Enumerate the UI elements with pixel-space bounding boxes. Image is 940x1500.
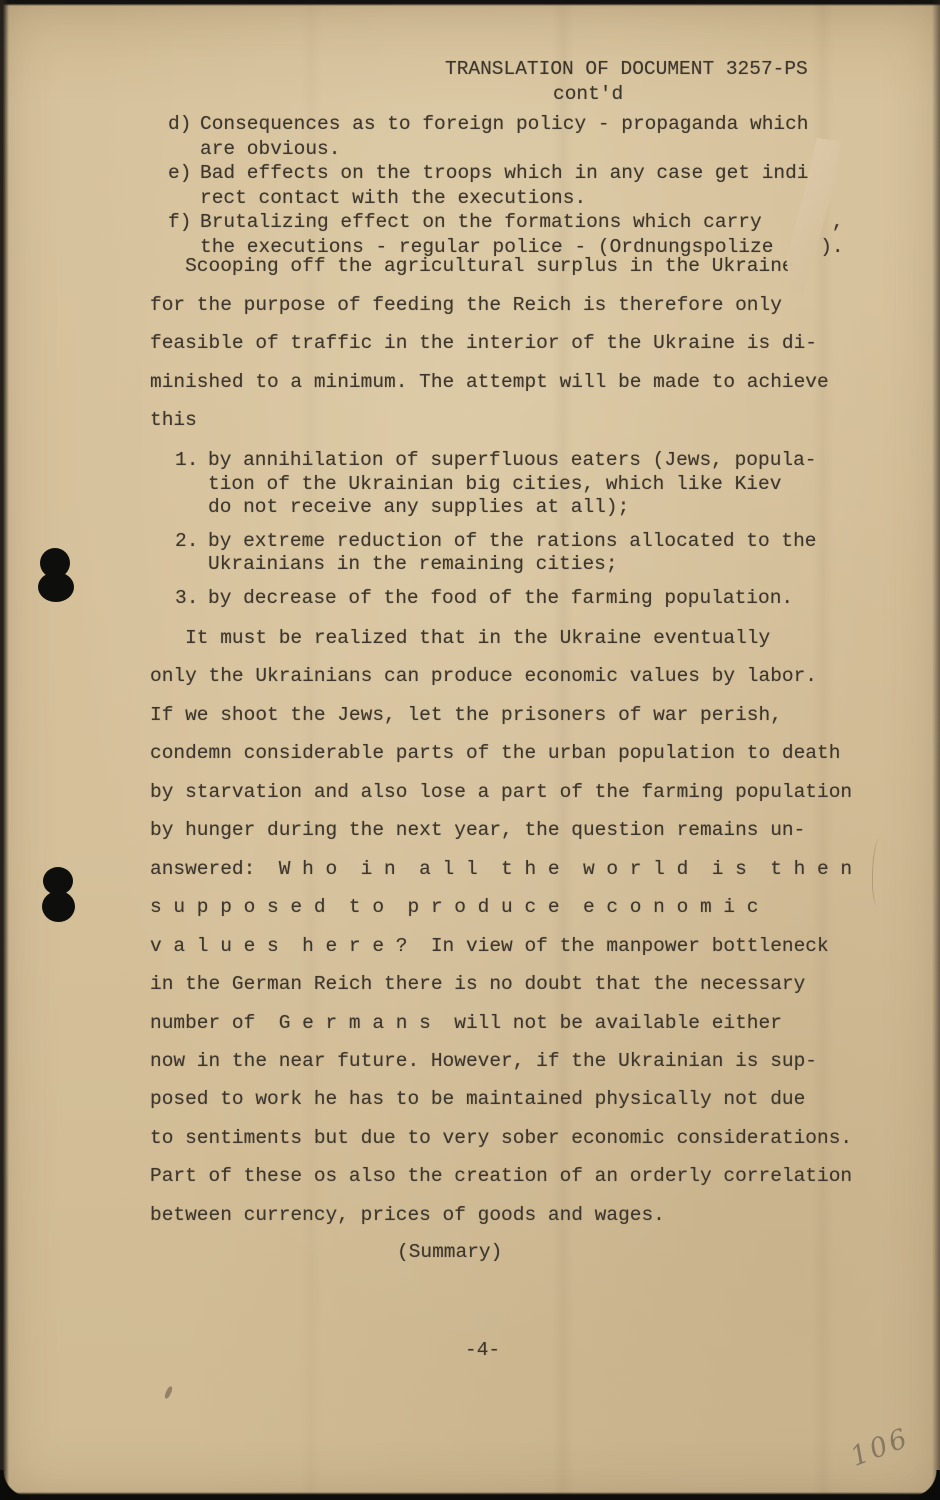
hole-punch-top	[38, 548, 76, 604]
list-item: e)Bad effects on the troops which in any…	[168, 161, 844, 210]
document-page: TRANSLATION OF DOCUMENT 3257-PS cont'd d…	[0, 0, 940, 1500]
page-number: -4-	[465, 1339, 500, 1361]
text-line: rect contact with the executions.	[200, 186, 809, 211]
text-line: number of G e r m a n s will not be avai…	[150, 1004, 852, 1042]
scan-corner-bottom-left	[0, 1470, 30, 1500]
text-line: v a l u e s h e r e ? In view of the man…	[150, 927, 852, 965]
pencil-mark	[871, 838, 886, 906]
text-line: now in the near future. However, if the …	[150, 1042, 852, 1080]
list-item: d)Consequences as to foreign policy - pr…	[168, 112, 844, 161]
text-line: feasible of traffic in the interior of t…	[150, 324, 829, 363]
list-item-label: e)	[168, 161, 200, 210]
text-line: Brutalizing effect on the formations whi…	[200, 210, 844, 235]
text-line: by decrease of the food of the farming p…	[208, 587, 793, 611]
list-item-label: d)	[168, 112, 200, 161]
hole-punch-circle	[42, 891, 75, 922]
text-line: Consequences as to foreign policy - prop…	[200, 112, 809, 137]
text-line: Part of these os also the creation of an…	[150, 1157, 852, 1195]
body-paragraph: It must be realized that in the Ukraine …	[150, 619, 852, 1234]
header-contd: cont'd	[553, 82, 808, 107]
handwritten-page-number: 106	[846, 1422, 914, 1473]
scan-edge-bottom	[0, 1492, 940, 1500]
list-item-lines: by decrease of the food of the farming p…	[208, 587, 793, 611]
text-line: Scooping off the agricultural surplus in…	[150, 247, 829, 286]
text-line: Bad effects on the troops which in any c…	[200, 161, 809, 186]
document-header: TRANSLATION OF DOCUMENT 3257-PS cont'd	[445, 57, 808, 107]
text-line: s u p p o s e d t o p r o d u c e e c o …	[150, 888, 852, 926]
text-line: only the Ukrainians can produce economic…	[150, 657, 852, 695]
text-line: this	[150, 401, 829, 440]
text-line: tion of the Ukrainian big cities, which …	[208, 473, 817, 497]
alpha-list: d)Consequences as to foreign policy - pr…	[168, 112, 844, 260]
text-line: for the purpose of feeding the Reich is …	[150, 286, 829, 325]
text-line: by annihilation of superfluous eaters (J…	[208, 449, 817, 473]
list-item-lines: Bad effects on the troops which in any c…	[200, 161, 809, 210]
list-item-lines: Consequences as to foreign policy - prop…	[200, 112, 809, 161]
scan-corner-bottom-right	[910, 1470, 940, 1500]
text-line: are obvious.	[200, 137, 809, 162]
list-item-label: 1.	[175, 449, 208, 520]
ink-smudge	[164, 1386, 174, 1400]
text-line: posed to work he has to be maintained ph…	[150, 1080, 852, 1118]
text-line: by extreme reduction of the rations allo…	[208, 530, 817, 554]
intro-paragraph: Scooping off the agricultural surplus in…	[150, 247, 829, 440]
text-line: It must be realized that in the Ukraine …	[150, 619, 852, 657]
list-item-label: 2.	[175, 530, 208, 577]
scan-edge-right	[932, 0, 940, 1500]
text-line: If we shoot the Jews, let the prisoners …	[150, 696, 852, 734]
text-line: do not receive any supplies at all);	[208, 496, 817, 520]
text-line: by starvation and also lose a part of th…	[150, 773, 852, 811]
hole-punch-bottom	[42, 867, 76, 923]
list-item: 2.by extreme reduction of the rations al…	[175, 530, 817, 577]
numbered-list: 1.by annihilation of superfluous eaters …	[175, 449, 817, 620]
scan-edge-top	[0, 0, 940, 6]
text-line: Ukrainians in the remaining cities;	[208, 553, 817, 577]
list-item-lines: by annihilation of superfluous eaters (J…	[208, 449, 817, 520]
text-line: to sentiments but due to very sober econ…	[150, 1119, 852, 1157]
text-line: answered: W h o i n a l l t h e w o r l …	[150, 850, 852, 888]
document-title: TRANSLATION OF DOCUMENT 3257-PS	[445, 57, 808, 82]
scan-edge-left	[0, 0, 9, 1500]
list-item-lines: by extreme reduction of the rations allo…	[208, 530, 817, 577]
text-line: minished to a minimum. The attempt will …	[150, 363, 829, 402]
text-line: in the German Reich there is no doubt th…	[150, 965, 852, 1003]
list-item: 1.by annihilation of superfluous eaters …	[175, 449, 817, 520]
text-line: condemn considerable parts of the urban …	[150, 734, 852, 772]
list-item-label: 3.	[175, 587, 208, 611]
hole-punch-circle	[38, 572, 74, 602]
text-line: by hunger during the next year, the ques…	[150, 811, 852, 849]
text-line: between currency, prices of goods and wa…	[150, 1196, 852, 1234]
list-item: 3.by decrease of the food of the farming…	[175, 587, 817, 611]
summary-line: (Summary)	[397, 1241, 502, 1263]
